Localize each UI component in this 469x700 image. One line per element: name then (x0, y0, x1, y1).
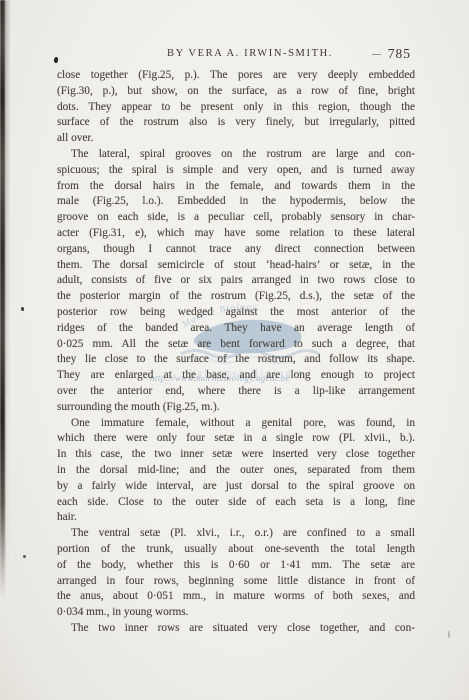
header-dash-mark (372, 54, 381, 55)
page-number: 785 (388, 46, 411, 62)
text-line: One immature female, without a genital p… (57, 416, 415, 432)
text-line: portion of the trunk, usually about one-… (57, 542, 415, 558)
text-line: arranged in four rows, beginning some li… (57, 574, 415, 590)
text-line: groove on each side, is a peculiar cell,… (57, 210, 415, 226)
text-line: surrounding the mouth (Fig.25, m.). (57, 400, 415, 416)
text-line: male (Fig.25, l.o.). Embedded in the hyp… (57, 194, 415, 210)
text-line: the anus, about 0·051 mm., in mature wor… (57, 589, 415, 605)
ink-speck (23, 555, 26, 558)
text-line: them. The dorsal semicircle of stout ‘he… (57, 258, 415, 274)
text-line: each side. Close to the outer side of ea… (57, 495, 415, 511)
text-line: from the dorsal hairs in the female, and… (57, 179, 415, 195)
page-header: BY VERA A. IRWIN-SMITH. 785 (57, 46, 415, 64)
text-line: posterior row being wedged against the m… (57, 305, 415, 321)
ink-speck (448, 631, 450, 638)
scanned-page: BY VERA A. IRWIN-SMITH. 785 Marine Biolo… (0, 0, 469, 700)
text-line: In this case, the two inner setæ were in… (57, 447, 415, 463)
text-line: acter (Fig.31, e), which may have some r… (57, 226, 415, 242)
text-line: (Fig.30, p.), but show, on the surface, … (57, 84, 415, 100)
text-line: They are enlarged at the base, and are l… (57, 368, 415, 384)
text-line: over the anterior end, where there is a … (57, 384, 415, 400)
text-line: 0·034 mm., in young worms. (57, 605, 415, 621)
text-line: spicuous; the spiral is simple and very … (57, 163, 415, 179)
text-line: surface of the rostrum also is very fine… (57, 115, 415, 131)
text-line: dots. They appear to be present only in … (57, 100, 415, 116)
text-line: 0·025 mm. All the setæ are bent forward … (57, 337, 415, 353)
text-line: ridges of the banded area. They have an … (57, 321, 415, 337)
text-line: the posterior margin of the rostrum (Fig… (57, 289, 415, 305)
ink-speck (21, 307, 24, 311)
text-line: hair. (57, 510, 415, 526)
text-line: organs, though I cannot trace any direct… (57, 242, 415, 258)
book-gutter-shadow-soft (4, 0, 9, 590)
text-line: they lie close to the surface of the ros… (57, 352, 415, 368)
text-line: The two inner rows are situated very clo… (57, 621, 415, 637)
text-line: adult, consists of five or six pairs arr… (57, 273, 415, 289)
text-line: all over. (57, 131, 415, 147)
text-line: close together (Fig.25, p.). The pores a… (57, 68, 415, 84)
text-line: by a fairly wide interval, are just dors… (57, 479, 415, 495)
body-text: close together (Fig.25, p.). The pores a… (57, 68, 415, 637)
text-line: The lateral, spiral grooves on the rostr… (57, 147, 415, 163)
text-line: of the body, whether this is 0·60 or 1·4… (57, 558, 415, 574)
text-line: which there were only four setæ in a sin… (57, 431, 415, 447)
text-line: in the dorsal mid-line; and the outer on… (57, 463, 415, 479)
text-line: The ventral setæ (Pl. xlvi., i.r., o.r.)… (57, 526, 415, 542)
running-title: BY VERA A. IRWIN-SMITH. (167, 48, 333, 59)
